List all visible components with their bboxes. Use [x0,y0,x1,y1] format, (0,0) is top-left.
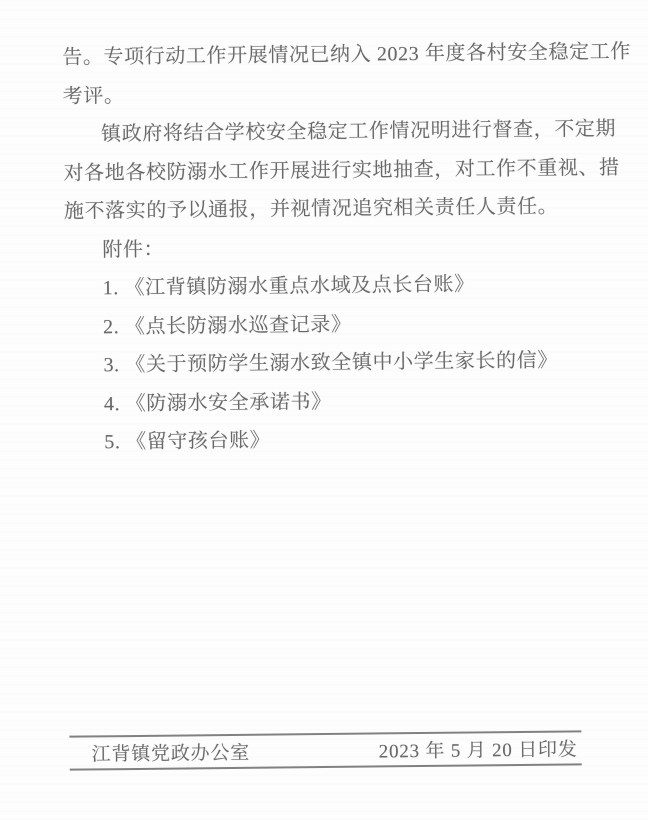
issuing-office: 江背镇党政办公室 [91,738,250,767]
attachment-item: 3. 《关于预防学生溺水致全镇中小学生家长的信》 [65,341,605,385]
attachment-item: 2. 《点长防溺水巡查记录》 [65,303,605,347]
page-content: 告。专项行动工作开展情况已纳入 2023 年度各村安全稳定工作 考评。 镇政府将… [0,0,648,820]
attachment-item: 4. 《防溺水安全承诺书》 [66,380,606,424]
colophon-footer: 江背镇党政办公室 2023 年 5 月 20 日印发 [69,730,581,770]
body-line: 对各地各校防溺水工作开展进行实地抽查，对工作不重视、措 [63,149,603,193]
print-date: 2023 年 5 月 20 日印发 [379,734,578,763]
body-line: 施不落实的予以通报，并视情况追究相关责任人责任。 [64,187,604,231]
scanned-document-page: 告。专项行动工作开展情况已纳入 2023 年度各村安全稳定工作 考评。 镇政府将… [0,0,648,820]
body-line: 考评。 [63,72,603,116]
body-line: 镇政府将结合学校安全稳定工作情况明进行督查，不定期 [63,110,603,154]
body-line: 告。专项行动工作开展情况已纳入 2023 年度各村安全稳定工作 [62,33,602,77]
attachment-item: 1. 《江背镇防溺水重点水域及点长台账》 [65,264,605,308]
attachment-item: 5. 《留守孩台账》 [66,418,606,462]
attachments-label: 附件： [64,226,604,270]
document-body: 告。专项行动工作开展情况已纳入 2023 年度各村安全稳定工作 考评。 镇政府将… [62,33,606,462]
